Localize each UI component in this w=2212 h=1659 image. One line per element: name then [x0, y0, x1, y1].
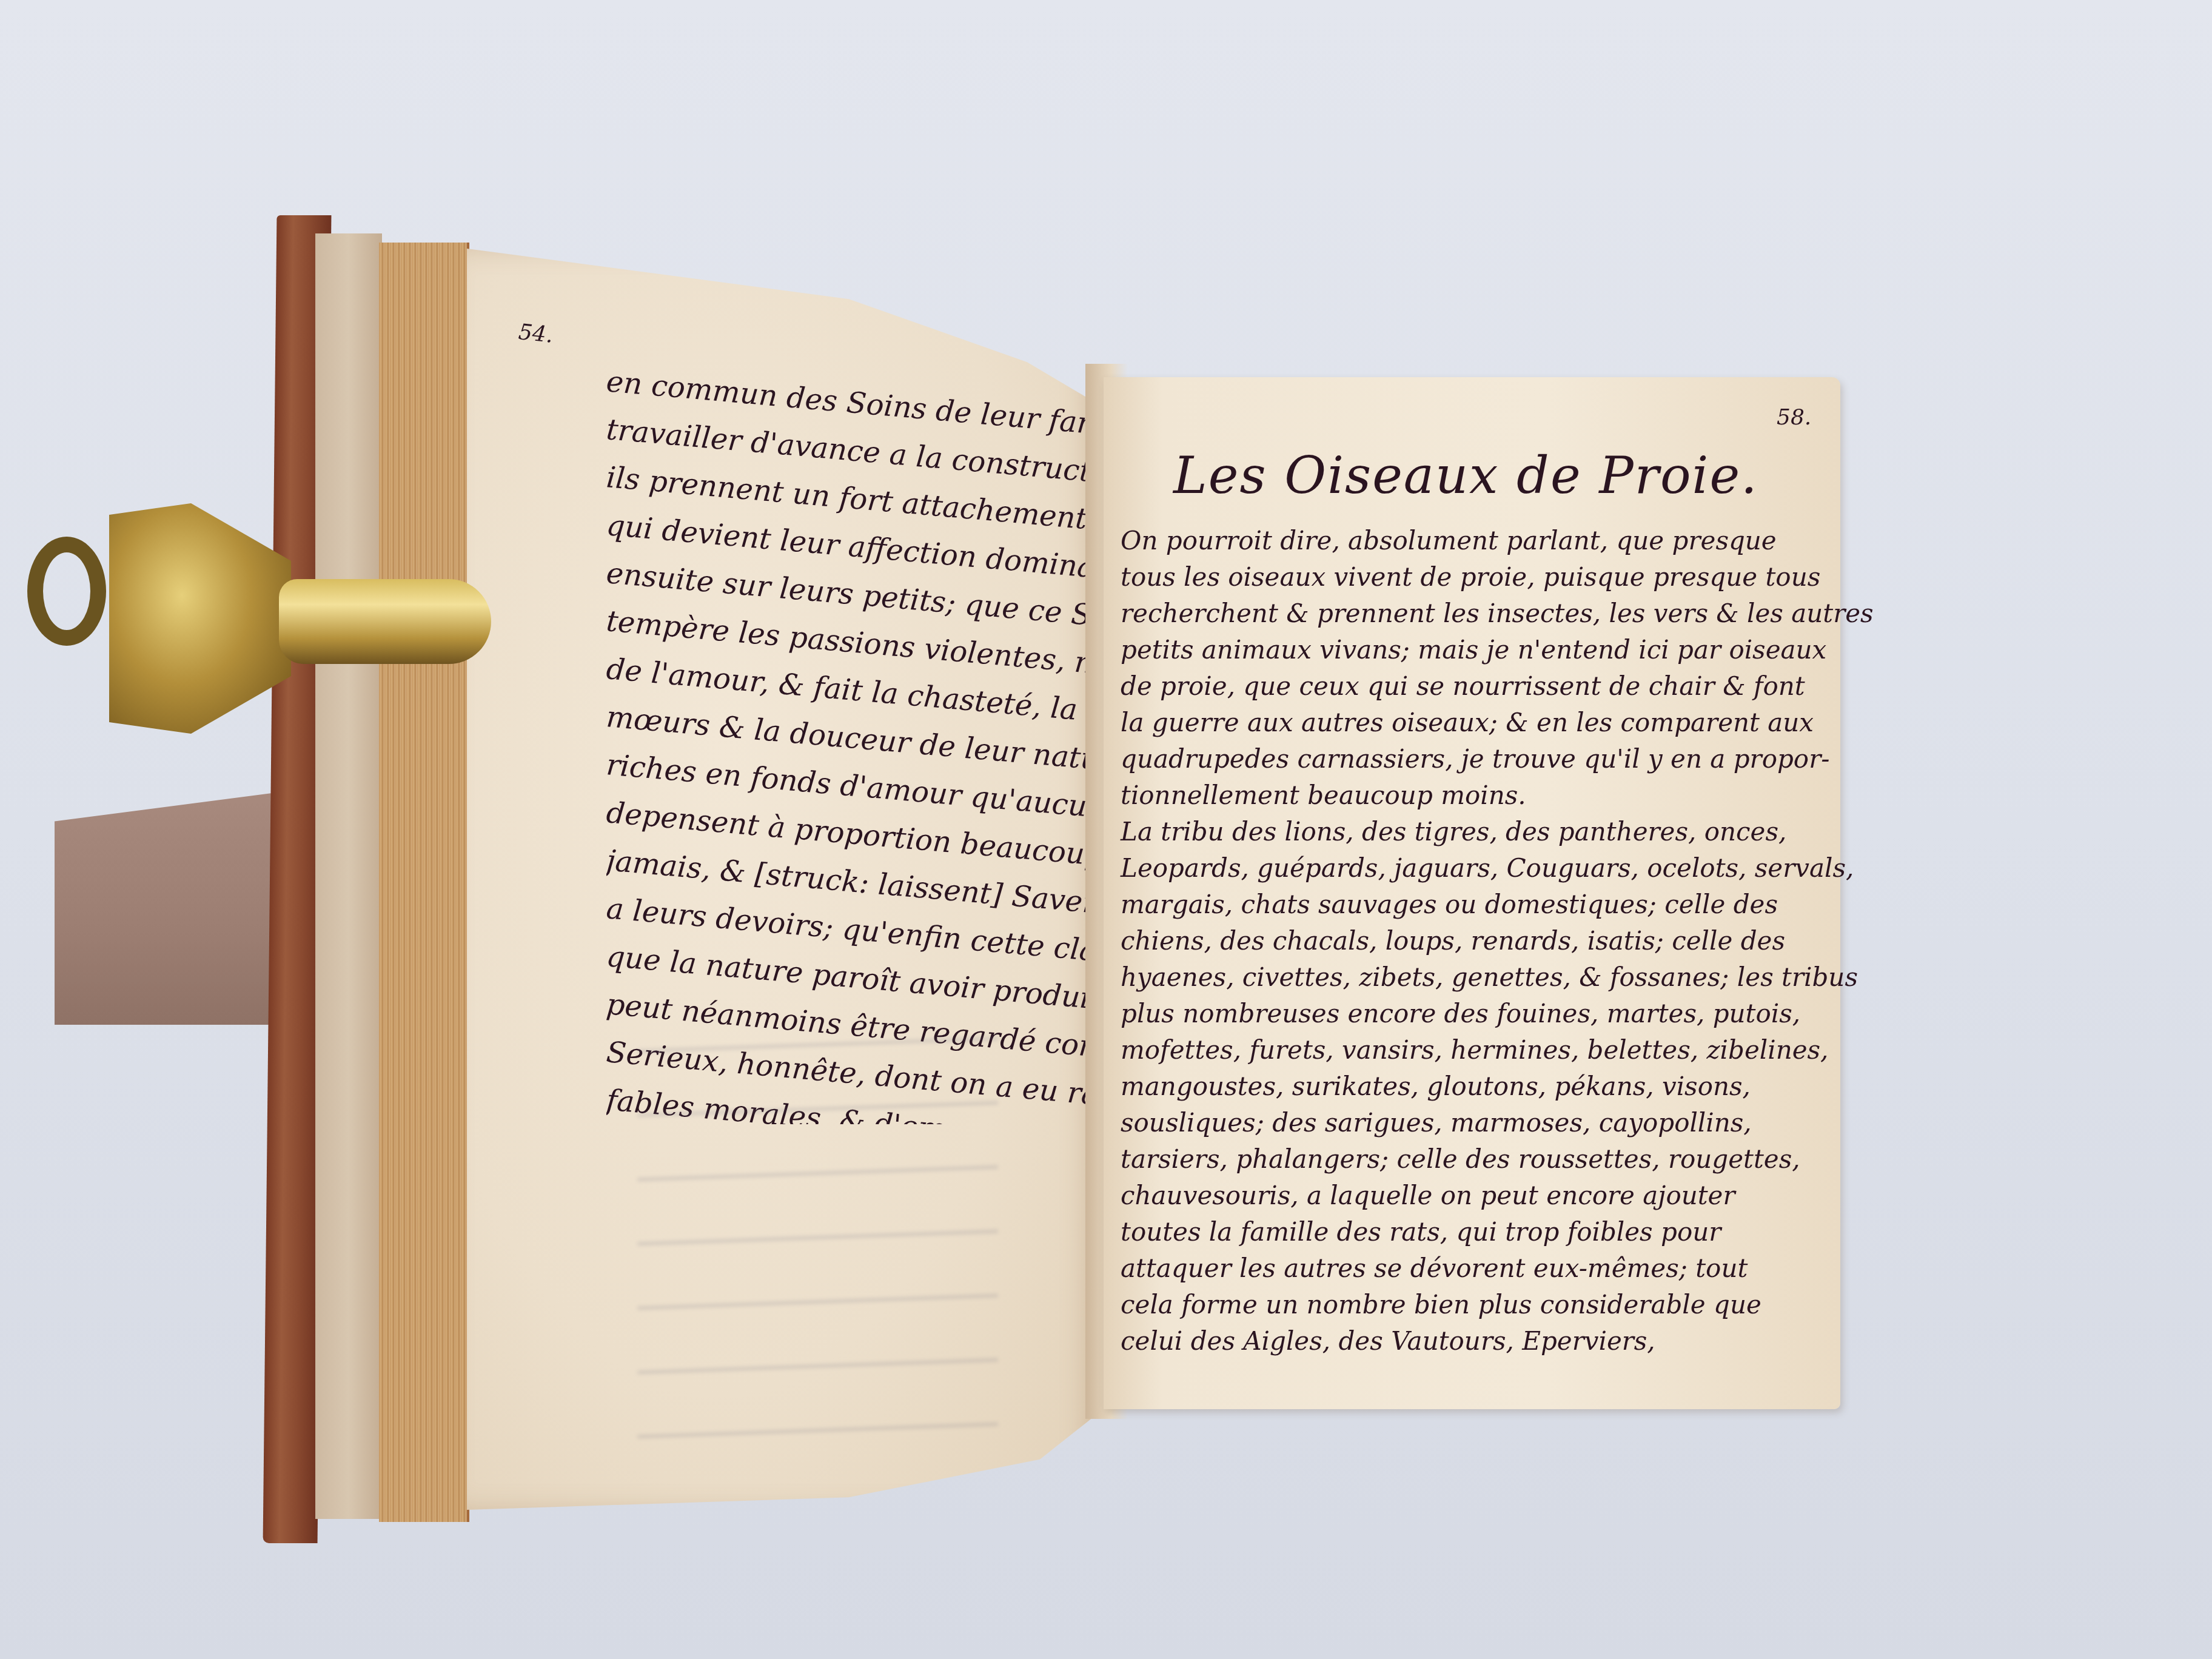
text-line: mangoustes, surikates, gloutons, pékans,… — [1121, 1068, 1824, 1105]
text-line: cela forme un nombre bien plus considera… — [1121, 1287, 1824, 1323]
text-line: de proie, que ceux qui se nourrissent de… — [1121, 668, 1824, 705]
text-line: plus nombreuses encore des fouines, mart… — [1121, 996, 1824, 1032]
text-line: petits animaux vivans; mais je n'entend … — [1121, 632, 1824, 668]
brass-hand-clip — [24, 503, 485, 746]
text-line: attaquer les autres se dévorent eux-même… — [1121, 1250, 1824, 1287]
text-line: quadrupedes carnassiers, je trouve qu'il… — [1121, 741, 1824, 777]
chapter-title: Les Oiseaux de Proie. — [1173, 446, 1758, 505]
text-line: La tribu des lions, des tigres, des pant… — [1121, 814, 1824, 850]
text-line: mofettes, furets, vansirs, hermines, bel… — [1121, 1032, 1824, 1068]
clip-hand-icon — [279, 579, 491, 664]
right-page-number: 58. — [1777, 405, 1811, 430]
text-line: tionnellement beaucoup moins. — [1121, 777, 1824, 814]
text-line: tarsiers, phalangers; celle des roussett… — [1121, 1141, 1824, 1178]
text-line: On pourroit dire, absolument parlant, qu… — [1121, 523, 1824, 559]
text-line: la guerre aux autres oiseaux; & en les c… — [1121, 705, 1824, 741]
text-line: Leopards, guépards, jaguars, Couguars, o… — [1121, 850, 1824, 886]
text-line: tous les oiseaux vivent de proie, puisqu… — [1121, 559, 1824, 595]
text-line: chauvesouris, a laquelle on peut encore … — [1121, 1178, 1824, 1214]
bleed-through-text — [637, 1000, 1061, 1450]
text-line: chiens, des chacals, loups, renards, isa… — [1121, 923, 1824, 959]
text-line: sousliques; des sarigues, marmoses, cayo… — [1121, 1105, 1824, 1141]
endpaper — [315, 233, 382, 1519]
clip-cuff — [109, 503, 291, 734]
text-line: recherchent & prennent les insectes, les… — [1121, 595, 1824, 632]
right-page-text: On pourroit dire, absolument parlant, qu… — [1121, 523, 1824, 1359]
clip-ring-icon — [27, 537, 106, 646]
text-line: margais, chats sauvages ou domestiques; … — [1121, 886, 1824, 923]
text-line: hyaenes, civettes, zibets, genettes, & f… — [1121, 959, 1824, 996]
page-block-edge — [379, 243, 469, 1522]
text-line: celui des Aigles, des Vautours, Epervier… — [1121, 1323, 1824, 1359]
text-line: toutes la famille des rats, qui trop foi… — [1121, 1214, 1824, 1250]
left-page-number: 54. — [517, 320, 554, 348]
